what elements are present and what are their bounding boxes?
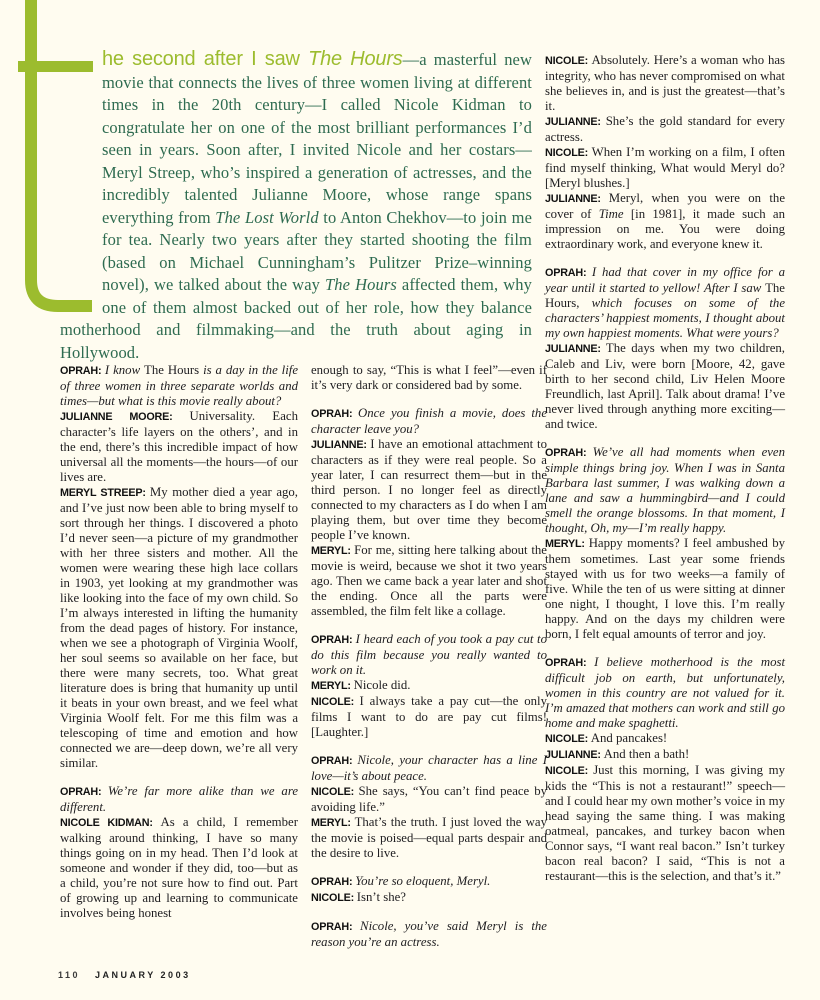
speaker-label: NICOLE: (545, 765, 593, 777)
dialogue-text: And pancakes! (591, 731, 667, 745)
dialogue-text: Isn’t she? (357, 890, 406, 904)
page-footer: 110 JANUARY 2003 (58, 968, 195, 982)
issue-date: JANUARY 2003 (95, 970, 191, 980)
interview-paragraph: NICOLE: When I’m working on a film, I of… (545, 145, 785, 191)
interview-paragraph: NICOLE: Just this morning, I was giving … (545, 763, 785, 884)
intro-text-run: The Hours (325, 275, 397, 294)
speaker-label: MERYL STREEP: (60, 487, 150, 499)
speaker-label: NICOLE: (311, 696, 360, 708)
speaker-label: OPRAH: (60, 365, 105, 377)
oprah-question-paragraph: OPRAH: I heard each of you took a pay cu… (311, 632, 547, 678)
dropcap-spacer (60, 48, 102, 318)
speaker-label: OPRAH: (311, 755, 357, 767)
speaker-label: OPRAH: (311, 634, 356, 646)
interview-paragraph: JULIANNE: I have an emotional attachment… (311, 437, 547, 543)
interview-paragraph: enough to say, “This is what I feel”—eve… (311, 363, 547, 393)
column-1: OPRAH: I know The Hours is a day in the … (60, 363, 298, 921)
oprah-question-paragraph: OPRAH: You’re so eloquent, Meryl. (311, 874, 547, 890)
speaker-label: OPRAH: (60, 786, 108, 798)
dialogue-text: And then a bath! (604, 747, 690, 761)
speaker-label: JULIANNE MOORE: (60, 411, 189, 423)
interview-paragraph: JULIANNE: She’s the gold standard for ev… (545, 114, 785, 145)
speaker-label: OPRAH: (545, 657, 594, 669)
interview-paragraph: JULIANNE: And then a bath! (545, 747, 785, 763)
speaker-label: MERYL: (311, 680, 354, 692)
speaker-label: JULIANNE: (545, 749, 604, 761)
speaker-label: JULIANNE: (545, 116, 606, 128)
dialogue-text: I have an emotional attachment to charac… (311, 437, 547, 542)
oprah-question-paragraph: OPRAH: We’ve all had moments when even s… (545, 445, 785, 536)
speaker-label: JULIANNE: (311, 439, 370, 451)
speaker-label: NICOLE: (311, 892, 357, 904)
page-number: 110 (58, 970, 80, 980)
dialogue-text: which focuses on some of the characters’… (545, 296, 785, 340)
speaker-label: OPRAH: (545, 447, 593, 459)
speaker-label: NICOLE: (545, 147, 592, 159)
interview-paragraph: NICOLE: And pancakes! (545, 731, 785, 747)
dialogue-text: Just this morning, I was giving my kids … (545, 763, 785, 883)
interview-paragraph: JULIANNE: Meryl, when you were on the co… (545, 191, 785, 252)
intro-text-run: he second after I saw (102, 48, 308, 70)
speaker-label: MERYL: (311, 545, 354, 557)
column-3: NICOLE: Absolutely. Here’s a woman who h… (545, 53, 785, 884)
interview-paragraph: NICOLE: She says, “You can’t find peace … (311, 784, 547, 815)
speaker-label: MERYL: (545, 538, 589, 550)
oprah-question-paragraph: OPRAH: I know The Hours is a day in the … (60, 363, 298, 409)
dialogue-text: As a child, I remember walking around th… (60, 815, 298, 920)
dialogue-text: My mother died a year ago, and I’ve just… (60, 485, 298, 770)
magazine-page: he second after I saw The Hours—a master… (0, 0, 820, 1000)
interview-paragraph: NICOLE: Absolutely. Here’s a woman who h… (545, 53, 785, 114)
interview-paragraph: MERYL STREEP: My mother died a year ago,… (60, 485, 298, 771)
interview-paragraph: NICOLE: I always take a pay cut—the only… (311, 694, 547, 740)
column-2: enough to say, “This is what I feel”—eve… (311, 363, 547, 950)
speaker-label: JULIANNE: (545, 343, 606, 355)
interview-paragraph: MERYL: Nicole did. (311, 678, 547, 694)
speaker-label: JULIANNE: (545, 193, 609, 205)
oprah-question-paragraph: OPRAH: We’re far more alike than we are … (60, 784, 298, 815)
oprah-question-paragraph: OPRAH: Nicole, you’ve said Meryl is the … (311, 919, 547, 950)
speaker-label: OPRAH: (311, 921, 360, 933)
dialogue-text: Nicole did. (354, 678, 411, 692)
interview-paragraph: NICOLE KIDMAN: As a child, I remember wa… (60, 815, 298, 921)
speaker-label: NICOLE KIDMAN: (60, 817, 161, 829)
dialogue-text: I know (105, 363, 144, 377)
interview-paragraph: MERYL: That’s the truth. I just loved th… (311, 815, 547, 861)
speaker-label: MERYL: (311, 817, 355, 829)
intro-text-run: The Lost World (215, 208, 318, 227)
dialogue-text: enough to say, “This is what I feel”—eve… (311, 363, 547, 392)
oprah-question-paragraph: OPRAH: I believe motherhood is the most … (545, 655, 785, 731)
dialogue-text: Time (599, 207, 624, 221)
speaker-label: NICOLE: (311, 786, 359, 798)
oprah-question-paragraph: OPRAH: Nicole, your character has a line… (311, 753, 547, 784)
speaker-label: OPRAH: (545, 267, 592, 279)
speaker-label: NICOLE: (545, 55, 591, 67)
intro-text-run: —a masterful new movie that connects the… (102, 50, 532, 227)
dialogue-text: Happy moments? I feel ambushed by them s… (545, 536, 785, 641)
oprah-question-paragraph: OPRAH: Once you finish a movie, does the… (311, 406, 547, 437)
speaker-label: OPRAH: (311, 408, 358, 420)
intro-text-run: The Hours (308, 48, 403, 70)
interview-paragraph: JULIANNE: The days when my two children,… (545, 341, 785, 432)
speaker-label: NICOLE: (545, 733, 591, 745)
interview-paragraph: MERYL: For me, sitting here talking abou… (311, 543, 547, 619)
dialogue-text: You’re so eloquent, Meryl. (355, 874, 490, 888)
speaker-label: OPRAH: (311, 876, 355, 888)
oprah-question-paragraph: OPRAH: I had that cover in my office for… (545, 265, 785, 341)
intro-paragraph: he second after I saw The Hours—a master… (60, 48, 532, 364)
dialogue-text: The Hours (144, 363, 199, 377)
interview-paragraph: NICOLE: Isn’t she? (311, 890, 547, 906)
interview-paragraph: MERYL: Happy moments? I feel ambushed by… (545, 536, 785, 642)
interview-paragraph: JULIANNE MOORE: Universality. Each chara… (60, 409, 298, 485)
